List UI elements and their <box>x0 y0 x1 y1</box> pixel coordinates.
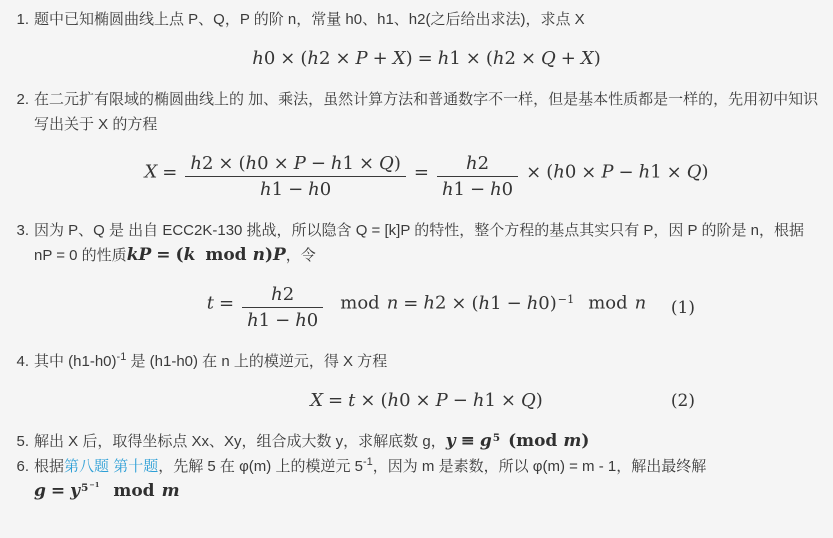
list-item-2: 2. 在二元扩有限域的椭圆曲线上的 加、乘法，虽然计算方法和普通数字不一样，但是… <box>12 87 819 218</box>
item-6-text-before: 根据 <box>34 458 64 475</box>
equation-1-tag: (1) <box>671 298 695 318</box>
list-item-3: 3. 因为 P、Q 是 出自 ECC2K-130 挑战，所以隐含 Q = [k]… <box>12 218 819 349</box>
item-3-text-after: ，令 <box>286 247 316 264</box>
equation-x-fraction: X=h2×(h0×P−h1×Q)h1−h0=h2h1−h0×(h0×P−h1×Q… <box>34 153 819 200</box>
list-item-1: 1. 题中已知椭圆曲线上点 P、Q，P 的阶 n，常量 h0、h1、h2(之后给… <box>12 7 819 87</box>
item-4-text-before: 其中 (h1-h0) <box>34 353 117 370</box>
item-6-text: 根据第八题 第十题，先解 5 在 φ(m) 上的模逆元 5-1，因为 m 是素数… <box>34 454 819 504</box>
equation-h0h1-formula: h0×(h2×P+X)=h1×(h2×Q+X) <box>252 48 601 69</box>
item-5-number: 5. <box>12 429 29 454</box>
equation-x-fraction-formula: X=h2×(h0×P−h1×Q)h1−h0=h2h1−h0×(h0×P−h1×Q… <box>144 153 708 200</box>
item-3-text: 因为 P、Q 是 出自 ECC2K-130 挑战，所以隐含 Q = [k]P 的… <box>34 218 819 268</box>
document: 1. 题中已知椭圆曲线上点 P、Q，P 的阶 n，常量 h0、h1、h2(之后给… <box>0 0 833 504</box>
item-6-number: 6. <box>12 454 29 504</box>
inline-math-kp-mod-n: kP=(kmodn)P <box>127 245 286 265</box>
list-item-6: 6. 根据第八题 第十题，先解 5 在 φ(m) 上的模逆元 5-1，因为 m … <box>12 454 819 504</box>
item-1-text: 题中已知椭圆曲线上点 P、Q，P 的阶 n，常量 h0、h1、h2(之后给出求法… <box>34 7 819 32</box>
equation-2: X=t×(h0×P−h1×Q) (2) <box>34 390 819 411</box>
equation-2-formula: X=t×(h0×P−h1×Q) <box>310 390 543 411</box>
item-5-text: 解出 X 后，取得坐标点 Xx、Xy，组合成大数 y，求解底数 g，y≡g5(m… <box>34 429 819 454</box>
item-5-text-main: 解出 X 后，取得坐标点 Xx、Xy，组合成大数 y，求解底数 g， <box>34 433 446 450</box>
equation-h0h1: h0×(h2×P+X)=h1×(h2×Q+X) <box>34 48 819 69</box>
item-4-number: 4. <box>12 349 29 429</box>
item-6-text-mid: ，先解 5 在 φ(m) 上的模逆元 5 <box>158 458 363 475</box>
item-1-number: 1. <box>12 7 29 87</box>
list-item-4: 4. 其中 (h1-h0)-1 是 (h1-h0) 在 n 上的模逆元，得 X … <box>12 349 819 429</box>
link-problem-8[interactable]: 第八题 <box>64 458 109 475</box>
item-2-number: 2. <box>12 87 29 218</box>
equation-2-tag: (2) <box>671 391 695 411</box>
equation-1-formula: t=h2h1−h0modn=h2×(h1−h0)−1modn <box>207 284 647 331</box>
item-4-text-after: 是 (h1-h0) 在 n 上的模逆元，得 X 方程 <box>126 353 387 370</box>
item-4-text: 其中 (h1-h0)-1 是 (h1-h0) 在 n 上的模逆元，得 X 方程 <box>34 349 819 374</box>
list-item-5: 5. 解出 X 后，取得坐标点 Xx、Xy，组合成大数 y，求解底数 g，y≡g… <box>12 429 819 454</box>
equation-1: t=h2h1−h0modn=h2×(h1−h0)−1modn (1) <box>34 284 819 331</box>
item-6-superscript: -1 <box>363 456 373 468</box>
item-2-text: 在二元扩有限域的椭圆曲线上的 加、乘法，虽然计算方法和普通数字不一样，但是基本性… <box>34 87 819 137</box>
item-6-text-after: ，因为 m 是素数，所以 φ(m) = m - 1，解出最终解 <box>373 458 706 475</box>
link-problem-10[interactable]: 第十题 <box>113 458 158 475</box>
inline-math-y-equiv-g5: y≡g5(modm) <box>446 431 590 451</box>
item-3-number: 3. <box>12 218 29 349</box>
inline-math-g-final: g=y5−1modm <box>34 481 180 501</box>
item-4-superscript: -1 <box>117 351 127 363</box>
